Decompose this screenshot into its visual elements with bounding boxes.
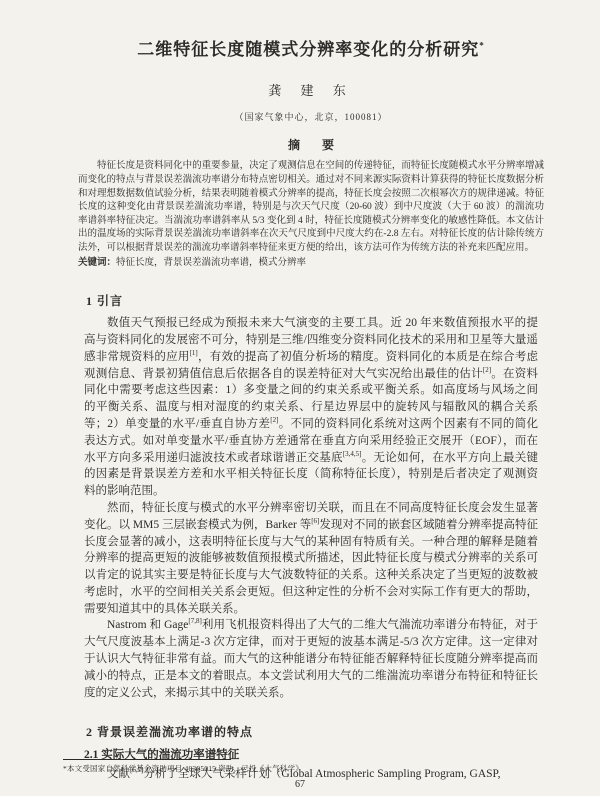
page-number: 67 — [0, 779, 600, 790]
paragraph-text: 发现对不同的嵌套区域随着分辨率提高特征长度会显著的减小，这表明特征长度与大气的某… — [84, 519, 538, 615]
section-2-heading: 2 背景误差湍流功率谱的特点 — [86, 723, 538, 740]
author-name: 龚 建 东 — [84, 80, 538, 99]
keywords-label: 关键词： — [78, 258, 116, 268]
citation-reference: [1] — [190, 349, 198, 357]
title-footnote-marker: * — [479, 40, 485, 50]
section-1-paragraph-3: Nastrom 和 Gage[7,8]利用飞机报资料得出了大气的二维大气湍流功率… — [84, 617, 538, 701]
citation-reference: [3,4,5] — [343, 450, 362, 458]
footnote-block: *本文受国家自然科学基金资助项目 40305015 资助，已投《大气科学》 — [63, 759, 538, 774]
footnote-rule — [63, 759, 231, 760]
keywords-text: 特征长度，背景误差湍流功率谱，模式分辨率 — [116, 258, 306, 268]
abstract-heading: 摘要 — [84, 136, 538, 153]
paper-page: 二维特征长度随模式分辨率变化的分析研究* 龚 建 东 （国家气象中心，北京，10… — [0, 0, 600, 796]
author-affiliation: （国家气象中心，北京，100081） — [84, 110, 538, 123]
footnote-text: *本文受国家自然科学基金资助项目 40305015 资助，已投《大气科学》 — [63, 763, 538, 774]
abstract-heading-char1: 摘 — [288, 138, 300, 152]
citation-reference: [7,8] — [188, 618, 201, 626]
citation-reference: [2] — [483, 366, 491, 374]
abstract-heading-char2: 要 — [322, 138, 334, 152]
section-1-paragraph-1: 数值天气预报已经成为预报未来大气演变的主要工具。近 20 年来数值预报水平的提高… — [84, 315, 538, 500]
paragraph-text: Nastrom 和 Gage — [107, 619, 188, 631]
section-1-heading: 1 引言 — [86, 292, 538, 309]
keywords-line: 关键词：特征长度，背景误差湍流功率谱，模式分辨率 — [78, 257, 544, 271]
page-content: 二维特征长度随模式分辨率变化的分析研究* 龚 建 东 （国家气象中心，北京，10… — [0, 0, 600, 783]
section-1-paragraph-2: 然而，特征长度与模式的水平分辨率密切关联，而且在不同高度特征长度会发生显著变化。… — [84, 500, 538, 618]
abstract-text: 特征长度是资料同化中的重要参量，决定了观测信息在空间的传递特征，而特征长度随模式… — [78, 160, 544, 255]
paper-title: 二维特征长度随模式分辨率变化的分析研究* — [84, 40, 538, 60]
paper-title-text: 二维特征长度随模式分辨率变化的分析研究 — [137, 40, 479, 59]
